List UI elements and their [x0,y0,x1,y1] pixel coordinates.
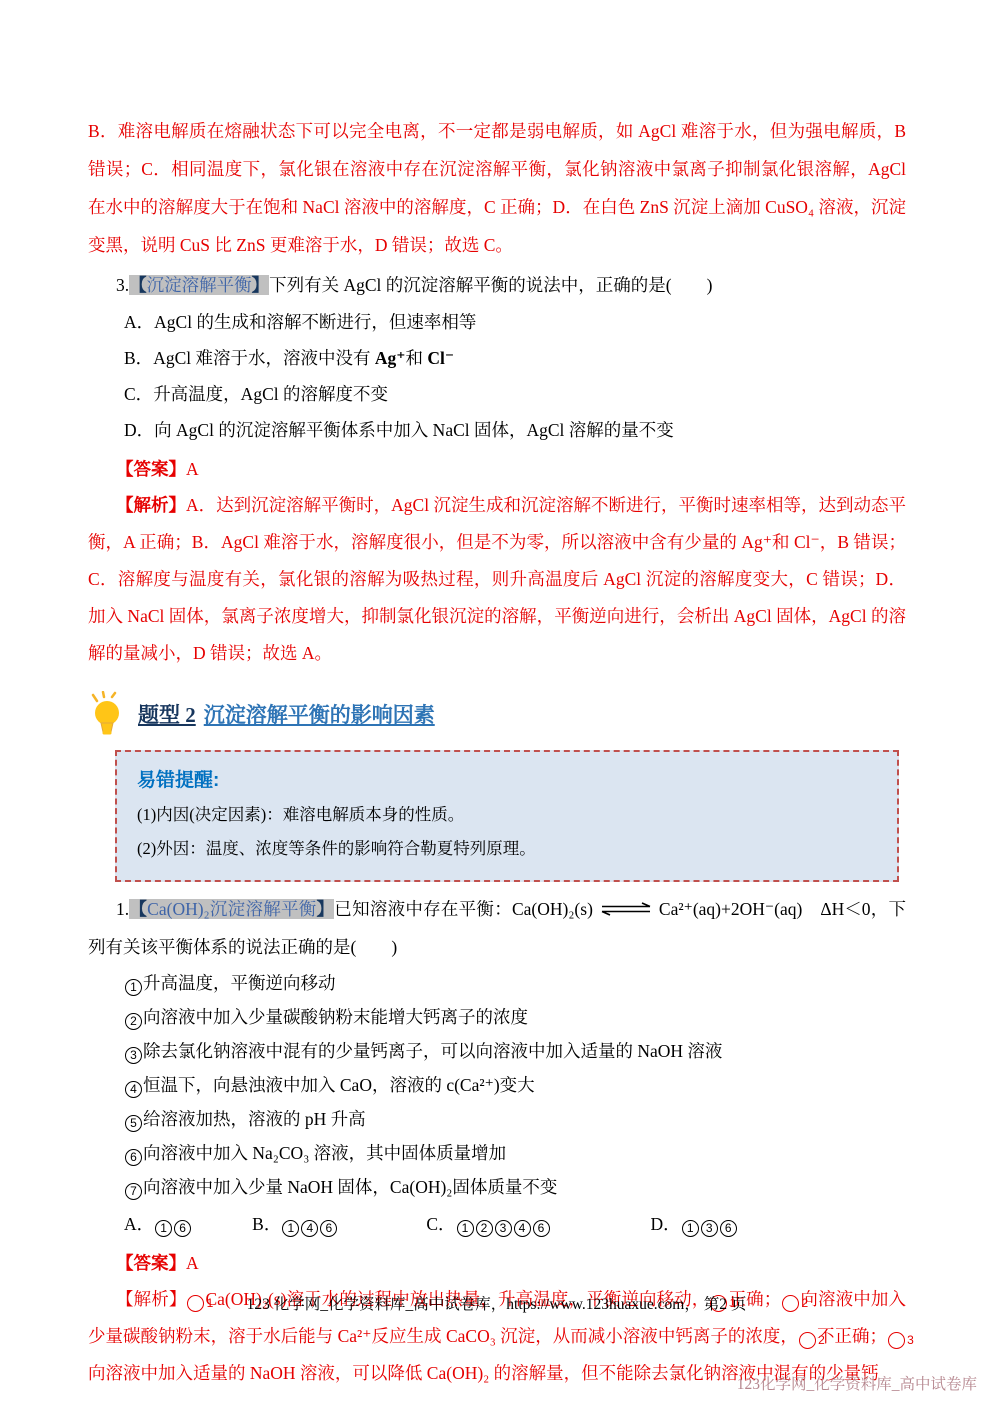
page-footer: 123 化学网_化学资料库_高中试卷库，https://www.123huaxu… [0,1292,993,1314]
item-text: 向溶液中加入少量碳酸钠粉末能增大钙离子的浓度 [143,1007,528,1027]
option-text: 升高温度，AgCl 的溶解度不变 [153,384,388,404]
circled-number: 2 [125,1013,142,1030]
q1-option-a: A．16 [124,1206,192,1242]
q1-topic-tag: 【Ca(OH)₂沉淀溶解平衡】 [129,899,334,919]
circled-number: 1 [457,1220,474,1237]
option-text: AgCl 的生成和溶解不断进行，但速率相等 [154,312,476,332]
option-label: D． [651,1214,681,1234]
tag-open-bracket: 【 [129,275,147,295]
circled-number: 1 [282,1220,299,1237]
circled-number: 6 [174,1220,191,1237]
circled-number: 1 [155,1220,172,1237]
circled-number: 4 [514,1220,531,1237]
q1-item-1: 1升高温度，平衡逆向移动 [88,966,906,1000]
circled-number: 3 [495,1220,512,1237]
q3-analysis: 【解析】A．达到沉淀溶解平衡时，AgCl 沉淀生成和沉淀溶解不断进行，平衡时速率… [88,487,906,672]
option-text: 向 AgCl 的沉淀溶解平衡体系中加入 NaCl 固体，AgCl 溶解的量不变 [154,420,674,440]
q1-option-d: D．136 [651,1206,738,1242]
option-label: A． [124,312,154,332]
answer-value: A [186,459,199,479]
q1-number: 1. [116,899,129,919]
answer-label: 【答案】 [116,1253,186,1273]
ion-formula: Cl⁻ [427,348,454,368]
q3-stem: 3.【沉淀溶解平衡】下列有关 AgCl 的沉淀溶解平衡的说法中，正确的是( ) [88,266,906,304]
q1-item-3: 3除去氯化钠溶液中混有的少量钙离子，可以向溶液中加入适量的 NaOH 溶液 [88,1034,906,1068]
circled-number: 3 [701,1220,718,1237]
option-text: 和 [405,348,427,368]
option-label: B． [252,1214,281,1234]
q1-item-5: 5给溶液加热，溶液的 pH 升高 [88,1102,906,1136]
q1-stem: 1.【Ca(OH)₂沉淀溶解平衡】已知溶液中存在平衡：Ca(OH)₂(s) Ca… [88,890,906,966]
circled-number: 3 [125,1047,142,1064]
lightbulb-icon [90,691,128,737]
section-heading: 题型 2 沉淀溶解平衡的影响因素 [90,688,906,740]
reminder-title: 易错提醒: [137,764,877,798]
q1-item-6: 6向溶液中加入 Na₂CO₃ 溶液，其中固体质量增加 [88,1136,906,1170]
q1-item-4: 4恒温下，向悬浊液中加入 CaO，溶液的 c(Ca²⁺)变大 [88,1068,906,1102]
circled-number: 4 [125,1081,142,1098]
q1-item-7: 7向溶液中加入少量 NaOH 固体，Ca(OH)₂固体质量不变 [88,1170,906,1204]
reminder-line-2: (2)外因：温度、浓度等条件的影响符合勒夏特列原理。 [137,832,877,866]
circled-number: 6 [125,1149,142,1166]
circled-number: 4 [301,1220,318,1237]
answer-label: 【答案】 [116,459,186,479]
q3-topic-tag: 【沉淀溶解平衡】 [129,275,269,295]
tag-open-bracket: 【 [129,899,147,919]
option-circled-numbers: 136 [681,1214,738,1234]
option-label: B． [124,348,153,368]
q1-option-b: B．146 [252,1206,338,1242]
q3-option-d: D．向 AgCl 的沉淀溶解平衡体系中加入 NaCl 固体，AgCl 溶解的量不… [88,412,906,448]
section-label: 题型 2 [138,699,196,729]
option-circled-numbers: 12346 [456,1214,551,1234]
q1-stem-pre: 已知溶液中存在平衡：Ca(OH)₂(s) [334,899,593,919]
circled-number: 1 [682,1220,699,1237]
q1-tag-text: Ca(OH)₂沉淀溶解平衡 [147,899,316,919]
q3-tag-text: 沉淀溶解平衡 [147,275,252,295]
prev-question-analysis: B．难溶电解质在熔融状态下可以完全电离，不一定都是弱电解质，如 AgCl 难溶于… [88,112,906,264]
circled-number: 3 [888,1332,905,1349]
option-label: D． [124,420,154,440]
circled-number: 7 [125,1183,142,1200]
item-text: 向溶液中加入少量 NaOH 固体，Ca(OH)₂固体质量不变 [143,1177,557,1197]
analysis-label: 【解析】 [116,495,186,515]
item-text: 向溶液中加入 Na₂CO₃ 溶液，其中固体质量增加 [143,1143,506,1163]
circled-number: 6 [320,1220,337,1237]
item-text: 除去氯化钠溶液中混有的少量钙离子，可以向溶液中加入适量的 NaOH 溶液 [143,1041,722,1061]
circled-number: 6 [533,1220,550,1237]
tag-close-bracket: 】 [252,275,270,295]
q1-item-2: 2向溶液中加入少量碳酸钠粉末能增大钙离子的浓度 [88,1000,906,1034]
q3-stem-text: 下列有关 AgCl 的沉淀溶解平衡的说法中，正确的是( ) [269,275,712,295]
q1-answer: 【答案】A [88,1245,906,1281]
document-page: B．难溶电解质在熔融状态下可以完全电离，不一定都是弱电解质，如 AgCl 难溶于… [0,0,993,1404]
option-label: C． [426,1214,455,1234]
item-text: 恒温下，向悬浊液中加入 CaO，溶液的 c(Ca²⁺)变大 [143,1075,535,1095]
q3-option-c: C．升高温度，AgCl 的溶解度不变 [88,376,906,412]
equilibrium-arrow-icon [599,902,653,916]
site-watermark: 123化学网_化学资料库_高中试卷库 [737,1372,977,1394]
item-text: 给溶液加热，溶液的 pH 升高 [143,1109,366,1129]
circled-number: 1 [125,979,142,996]
q3-option-b: B．AgCl 难溶于水，溶液中没有 Ag⁺和 Cl⁻ [88,340,906,376]
q1-option-c: C．12346 [426,1206,550,1242]
analysis-text: A．达到沉淀溶解平衡时，AgCl 沉淀生成和沉淀溶解不断进行，平衡时速率相等，达… [88,495,906,663]
ion-formula: Ag⁺ [375,348,406,368]
circled-number: 2 [799,1332,816,1349]
q3-option-a: A．AgCl 的生成和溶解不断进行，但速率相等 [88,304,906,340]
option-text: AgCl 难溶于水，溶液中没有 [153,348,375,368]
circled-number: 2 [476,1220,493,1237]
section-title: 沉淀溶解平衡的影响因素 [204,699,435,729]
q1-options-row: A．16 B．146 C．12346 D．136 [88,1206,906,1242]
q3-answer: 【答案】A [88,451,906,487]
answer-value: A [186,1253,199,1273]
circled-number: 6 [720,1220,737,1237]
option-label: A． [124,1214,154,1234]
q3-number: 3. [116,275,129,295]
option-circled-numbers: 146 [281,1214,338,1234]
option-label: C． [124,384,153,404]
reminder-box: 易错提醒: (1)内因(决定因素)：难溶电解质本身的性质。 (2)外因：温度、浓… [115,750,899,882]
tag-close-bracket: 】 [317,899,335,919]
reminder-line-1: (1)内因(决定因素)：难溶电解质本身的性质。 [137,798,877,832]
option-circled-numbers: 16 [154,1214,192,1234]
circled-number: 5 [125,1115,142,1132]
item-text: 升高温度，平衡逆向移动 [143,973,336,993]
